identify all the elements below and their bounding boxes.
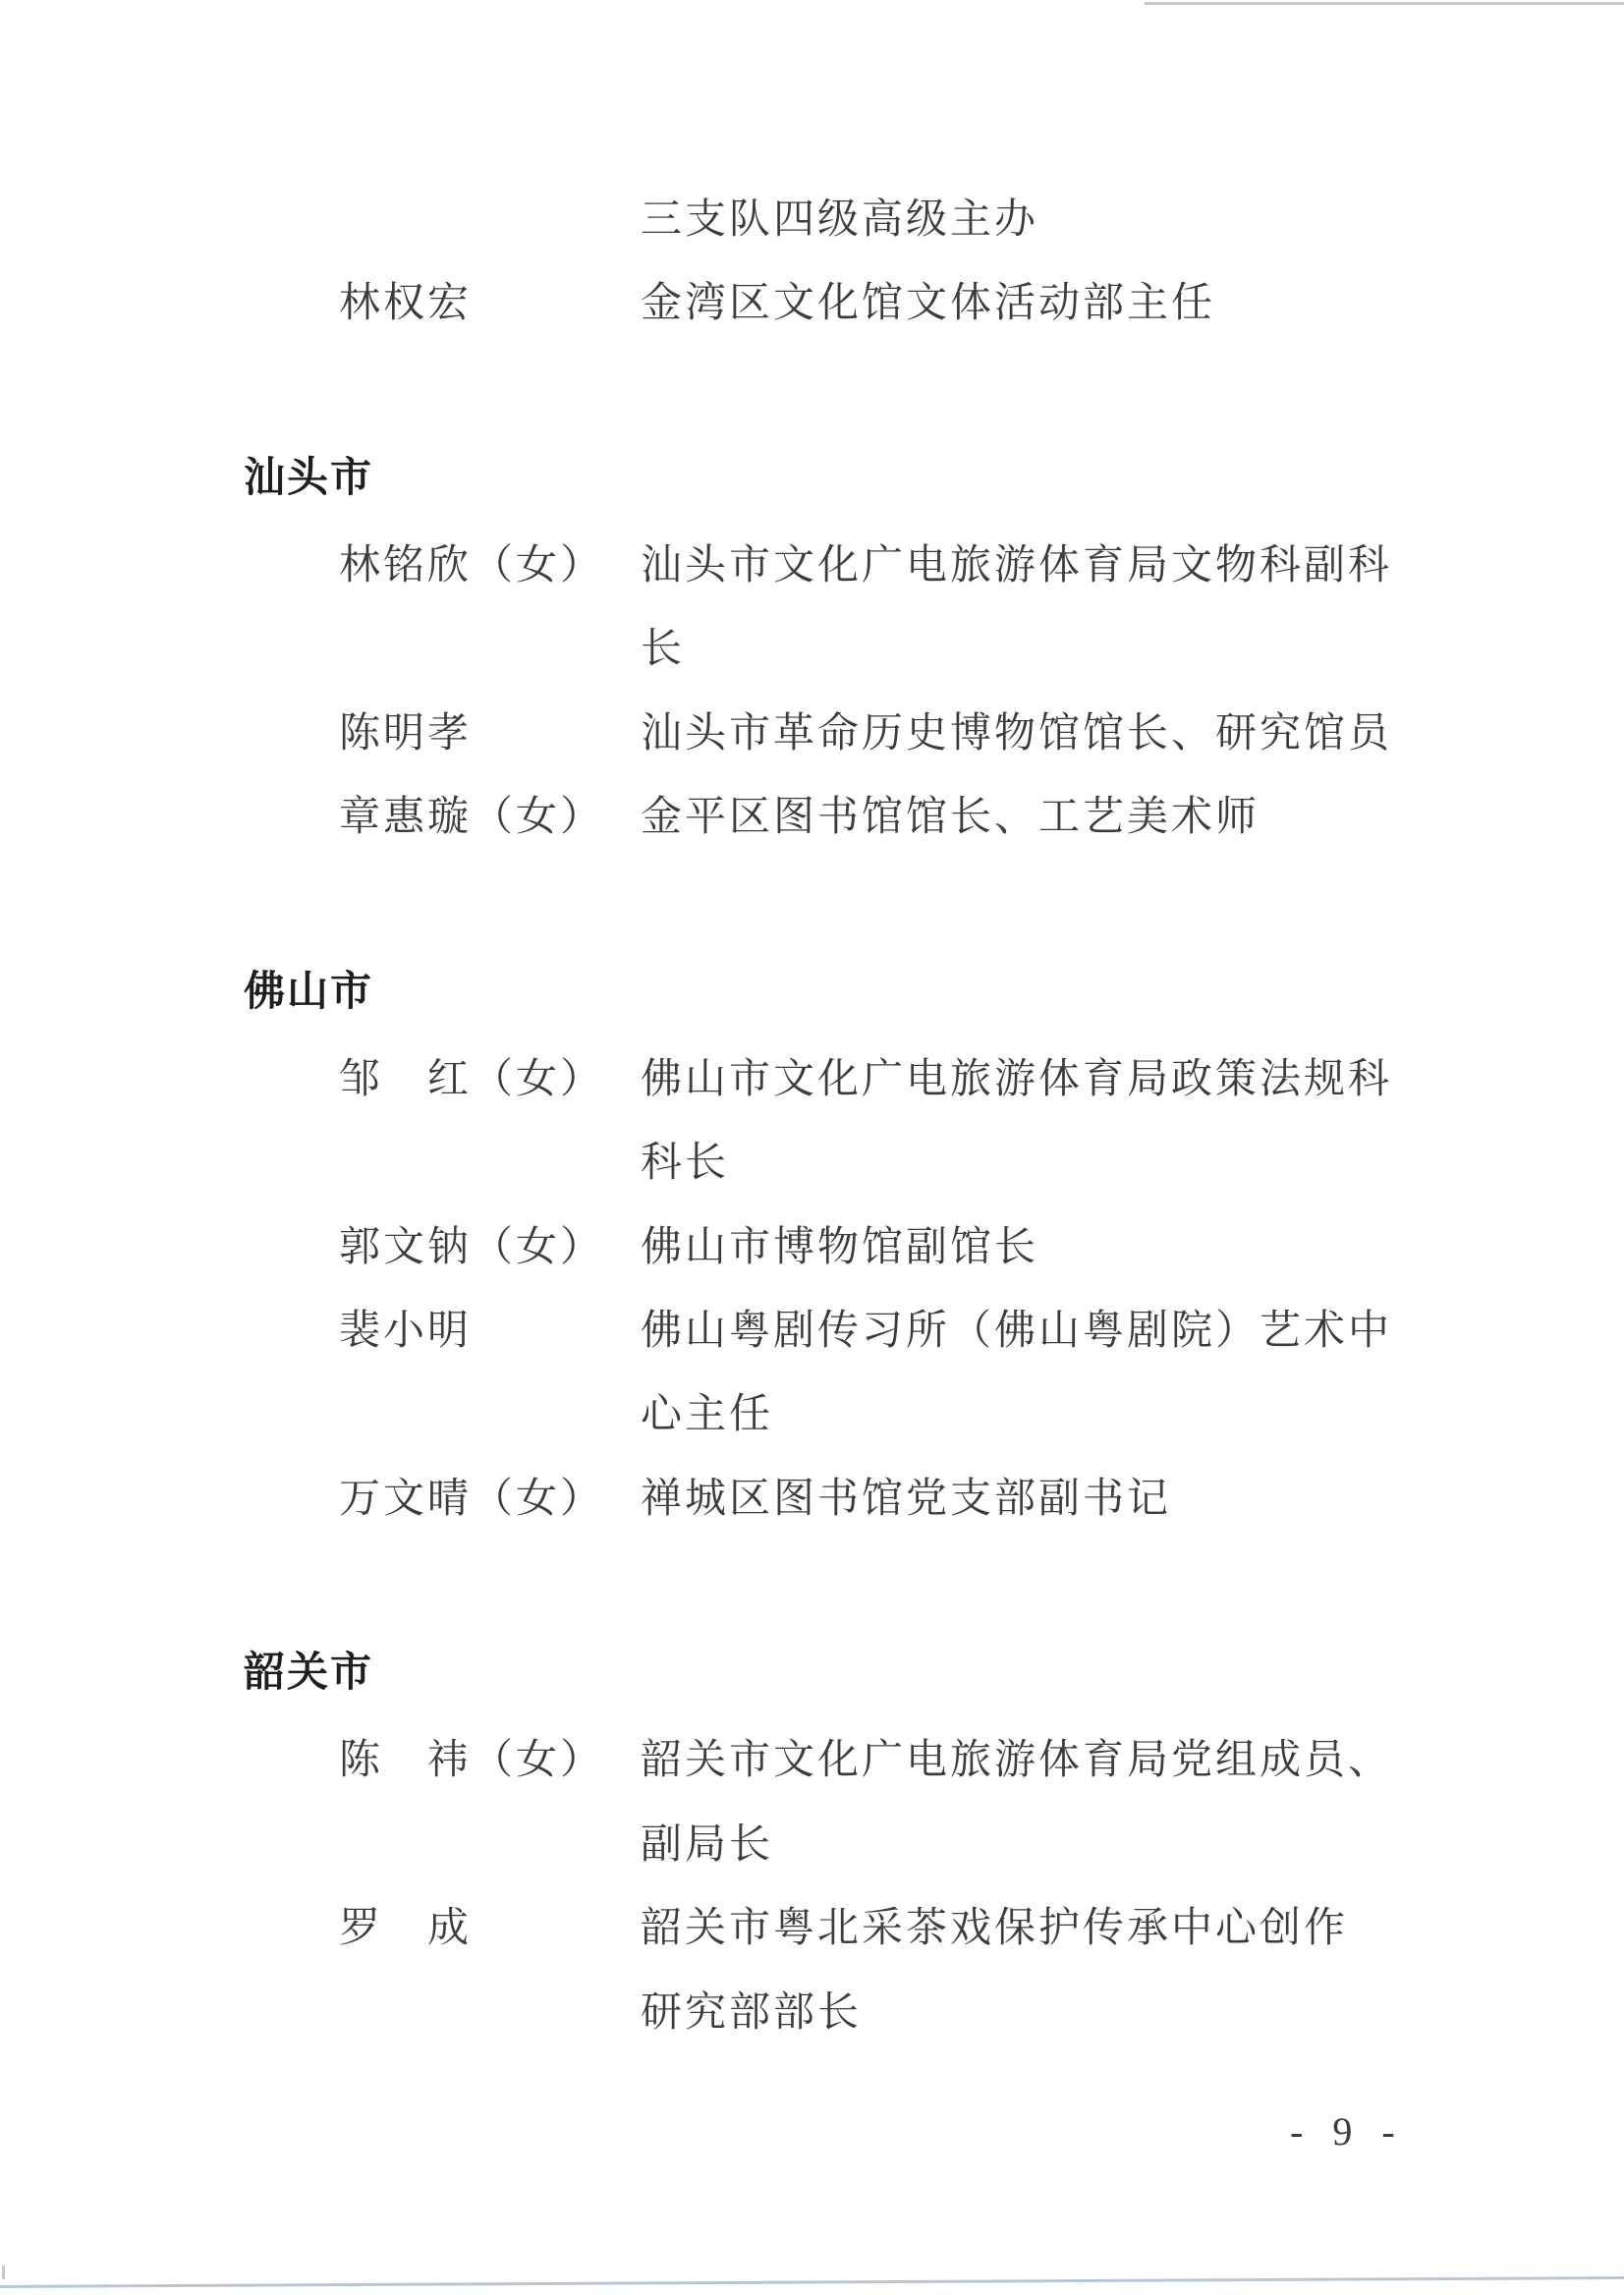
entry-description-line: 金湾区文化馆文体活动部主任 [641,283,1215,324]
continuation-line: 三支队四级高级主办 [641,199,1038,241]
entry-name: 罗 成 [339,1908,472,1949]
entry-name: 邹 红（女） [339,1059,604,1100]
entry-name: 裴小明 [339,1311,472,1352]
page-number: - 9 - [1290,2112,1405,2152]
entry-name: 陈明孝 [339,713,472,755]
entry-description-line: 韶关市粤北采茶戏保护传承中心创作 [641,1908,1348,1949]
entry-name: 郭文钠（女） [339,1227,604,1268]
entry-name: 林权宏 [339,283,472,324]
entry-name: 章惠璇（女） [339,797,604,838]
scan-artifact-bottom-line [0,2276,1624,2288]
entry-name: 陈 祎（女） [339,1740,604,1781]
section-heading-city: 汕头市 [244,457,373,498]
entry-description-line: 科长 [641,1143,729,1184]
entry-description-line: 汕头市文化广电旅游体育局文物科副科 [641,545,1392,587]
document-page: 三支队四级高级主办林权宏金湾区文化馆文体活动部主任汕头市林铭欣（女）汕头市文化广… [0,0,1624,2295]
entry-description-line: 心主任 [641,1394,773,1435]
entry-description-line: 韶关市文化广电旅游体育局党组成员、 [641,1740,1392,1781]
entry-description-line: 长 [641,629,685,670]
entry-description-line: 佛山粤剧传习所（佛山粤剧院）艺术中 [641,1311,1392,1352]
section-heading-city: 韶关市 [244,1651,373,1693]
entry-description-line: 佛山市文化广电旅游体育局政策法规科 [641,1059,1392,1100]
scan-artifact-top-line [1145,2,1624,5]
entry-description-line: 汕头市革命历史博物馆馆长、研究馆员 [641,713,1392,755]
entry-description-line: 研究部部长 [641,1992,862,2034]
entry-description-line: 佛山市博物馆副馆长 [641,1227,1038,1268]
entry-name: 万文晴（女） [339,1479,604,1520]
scan-artifact-left-tick [2,2266,5,2279]
entry-description-line: 副局长 [641,1824,773,1866]
entry-name: 林铭欣（女） [339,545,604,587]
section-heading-city: 佛山市 [244,971,373,1012]
entry-description-line: 禅城区图书馆党支部副书记 [641,1479,1171,1520]
entry-description-line: 金平区图书馆馆长、工艺美术师 [641,797,1260,838]
